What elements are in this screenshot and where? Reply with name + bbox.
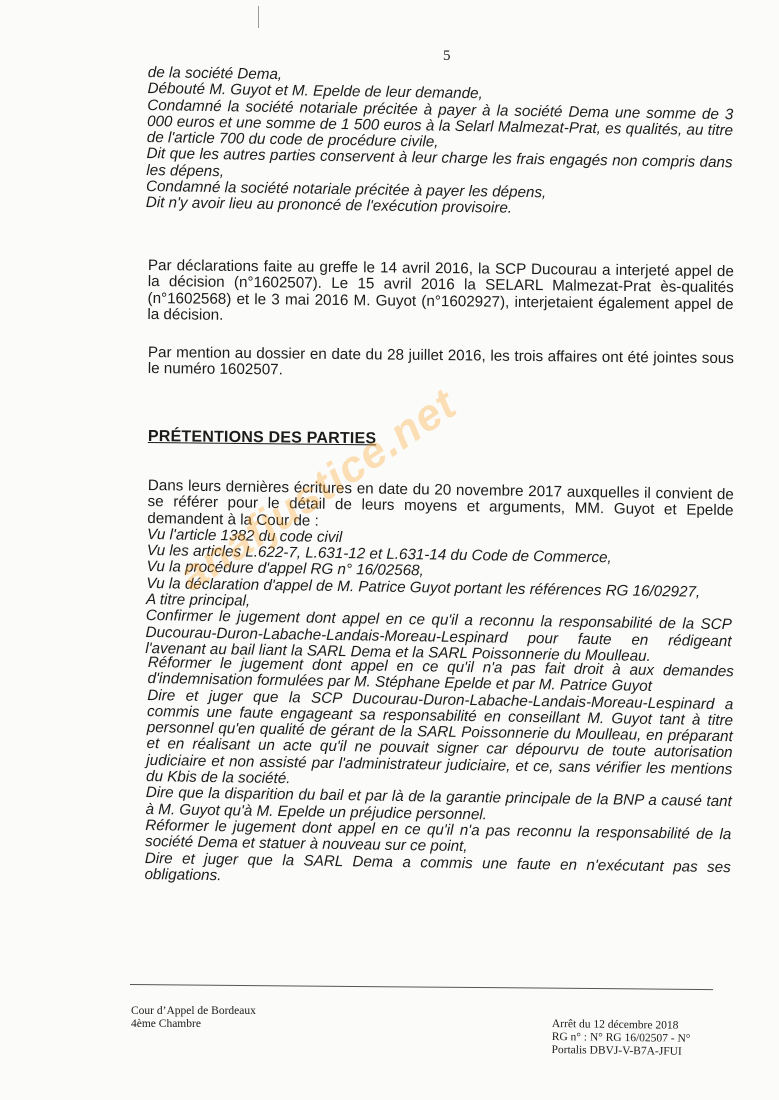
scan-artifact (258, 6, 259, 28)
joinder-paragraph: Par mention au dossier en date du 28 jui… (148, 345, 734, 384)
portalis-number: Portalis DBVJ-V-B7A-JFUI (551, 1044, 690, 1059)
chamber-name: 4ème Chambre (131, 1018, 256, 1031)
claims-continued: Réformer le jugement dont appel en ce qu… (144, 655, 734, 892)
claims-paragraph: Dans leurs dernières écritures en date d… (145, 478, 734, 666)
footer-case-info: Arrêt du 12 décembre 2018 RG n° : N° RG … (551, 1018, 690, 1059)
footer-divider (130, 984, 713, 990)
page-number: 5 (443, 48, 451, 65)
footer-court-info: Cour d’Appel de Bordeaux 4ème Chambre (131, 1005, 256, 1031)
appeal-declarations-paragraph: Par déclarations faite au greffe le 14 a… (147, 258, 734, 329)
section-heading: PRÉTENTIONS DES PARTIES (148, 428, 377, 448)
judgment-summary: de la société Dema, Débouté M. Guyot et … (146, 65, 734, 221)
joinder-text: Par mention au dossier en date du 28 jui… (148, 345, 734, 384)
claims-line: Dire et juger que la SCP Ducourau-Duron-… (146, 688, 733, 795)
court-name: Cour d’Appel de Bordeaux (131, 1005, 256, 1018)
appeal-declarations-text: Par déclarations faite au greffe le 14 a… (147, 258, 734, 329)
